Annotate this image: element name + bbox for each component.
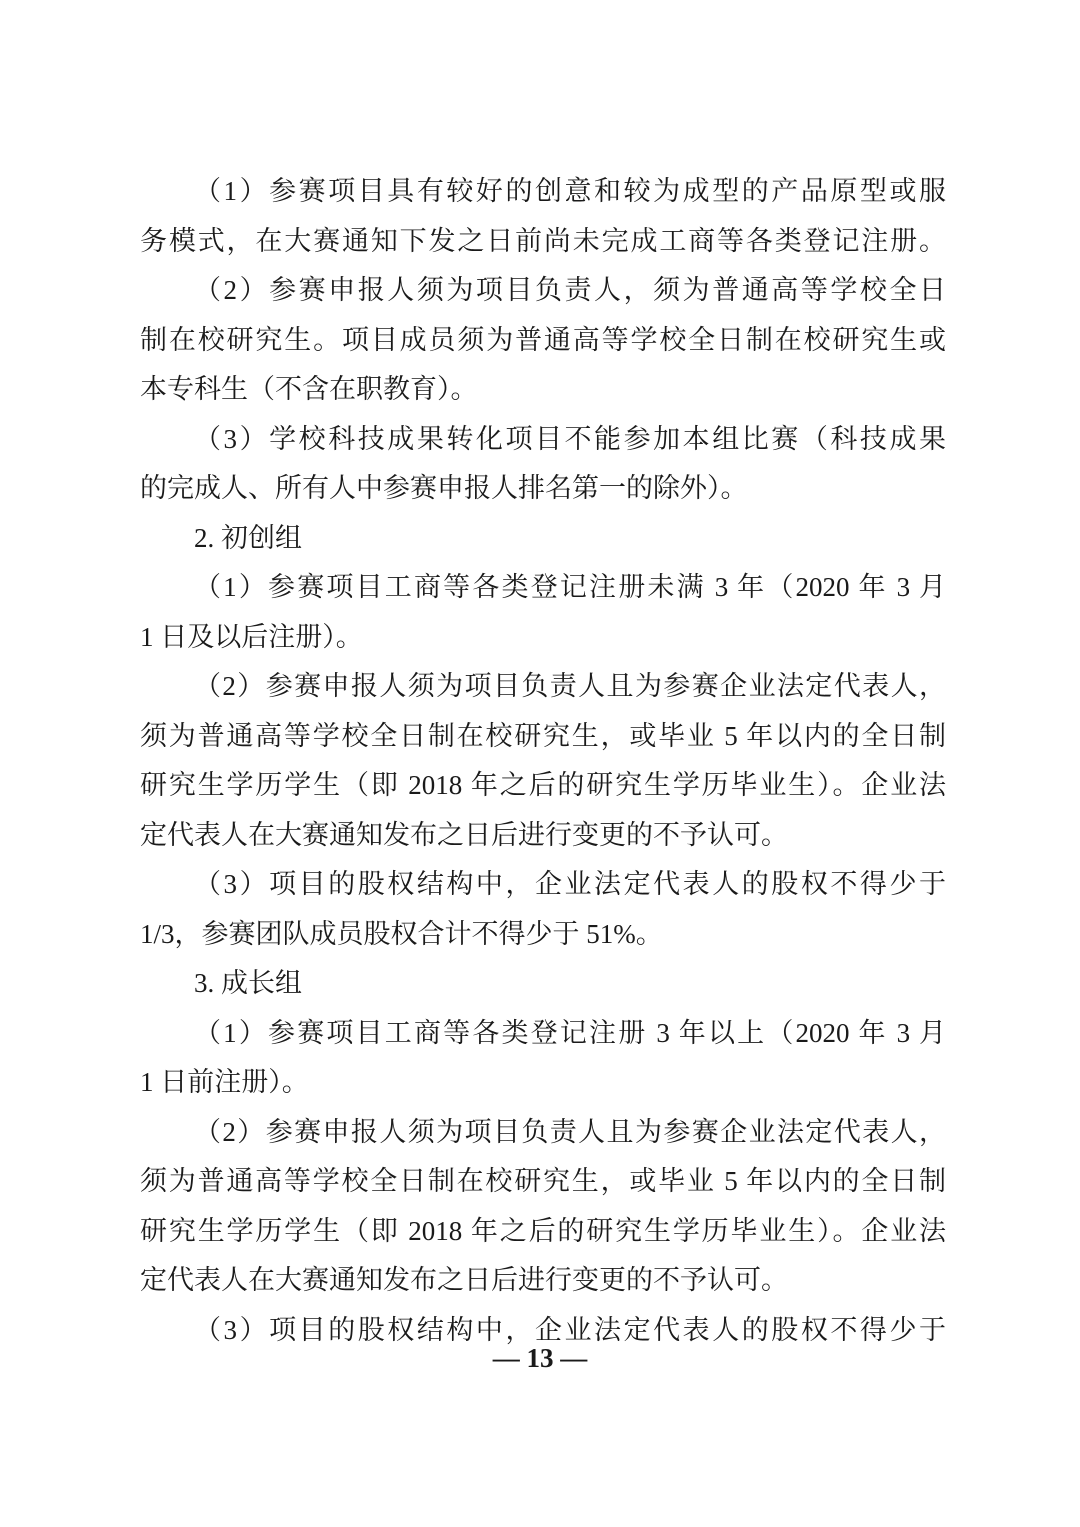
page-number: — 13 — (0, 1341, 1080, 1375)
text-line: 须为普通高等学校全日制在校研究生，或毕业 5 年以内的全日制 (140, 712, 946, 762)
text-line: 研究生学历学生（即 2018 年之后的研究生学历毕业生）。企业法 (140, 761, 946, 811)
text-line: 须为普通高等学校全日制在校研究生，或毕业 5 年以内的全日制 (140, 1157, 946, 1207)
text-line: （1）参赛项目工商等各类登记注册未满 3 年（2020 年 3 月 (140, 563, 946, 613)
text-line: 1/3，参赛团队成员股权合计不得少于 51%。 (140, 910, 946, 960)
text-line: 定代表人在大赛通知发布之日后进行变更的不予认可。 (140, 1256, 946, 1306)
text-line: （2）参赛申报人须为项目负责人且为参赛企业法定代表人， (140, 662, 946, 712)
text-line: （3）学校科技成果转化项目不能参加本组比赛（科技成果 (140, 415, 946, 465)
text-line: 本专科生（不含在职教育）。 (140, 365, 946, 415)
document-page: （1）参赛项目具有较好的创意和较为成型的产品原型或服务模式，在大赛通知下发之日前… (0, 0, 1080, 1527)
text-line: 的完成人、所有人中参赛申报人排名第一的除外）。 (140, 464, 946, 514)
text-line: 研究生学历学生（即 2018 年之后的研究生学历毕业生）。企业法 (140, 1207, 946, 1257)
text-line: 定代表人在大赛通知发布之日后进行变更的不予认可。 (140, 811, 946, 861)
text-line: 务模式，在大赛通知下发之日前尚未完成工商等各类登记注册。 (140, 217, 946, 267)
text-line: （1）参赛项目具有较好的创意和较为成型的产品原型或服 (140, 167, 946, 217)
text-line: 1 日前注册）。 (140, 1058, 946, 1108)
text-line: （3）项目的股权结构中，企业法定代表人的股权不得少于 (140, 860, 946, 910)
text-line: （2）参赛申报人须为项目负责人，须为普通高等学校全日 (140, 266, 946, 316)
document-body: （1）参赛项目具有较好的创意和较为成型的产品原型或服务模式，在大赛通知下发之日前… (140, 167, 946, 1355)
text-line: 1 日及以后注册）。 (140, 613, 946, 663)
text-line: （1）参赛项目工商等各类登记注册 3 年以上（2020 年 3 月 (140, 1009, 946, 1059)
text-line: （2）参赛申报人须为项目负责人且为参赛企业法定代表人， (140, 1108, 946, 1158)
text-line: 3. 成长组 (140, 959, 946, 1009)
text-line: 2. 初创组 (140, 514, 946, 564)
text-line: 制在校研究生。项目成员须为普通高等学校全日制在校研究生或 (140, 316, 946, 366)
